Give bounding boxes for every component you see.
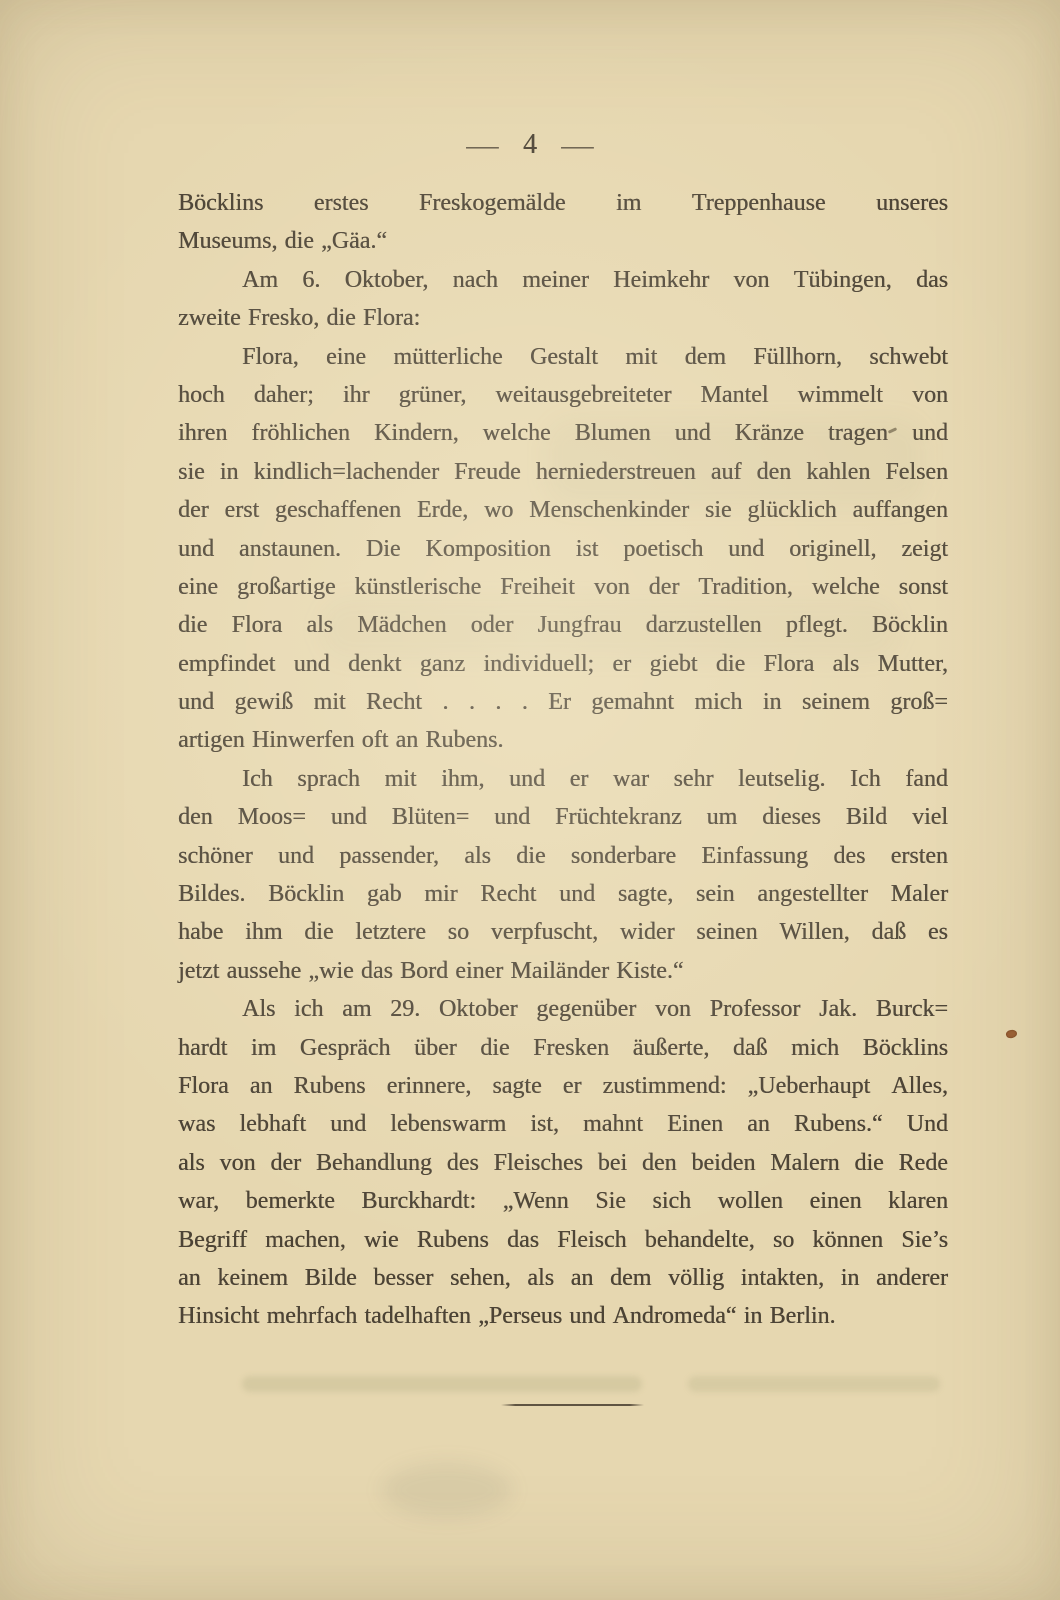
word: welche bbox=[483, 414, 551, 452]
header-dash-left: — bbox=[466, 130, 498, 161]
word: Flora bbox=[763, 645, 814, 683]
word: die bbox=[854, 1144, 883, 1182]
word: wimmelt bbox=[798, 376, 883, 414]
word: Rubens bbox=[294, 1067, 366, 1105]
word: Moos= bbox=[238, 798, 306, 836]
word: als bbox=[527, 1259, 554, 1297]
word: anstaunen. bbox=[239, 530, 341, 568]
word: die bbox=[480, 1029, 509, 1067]
word: Professor bbox=[710, 990, 801, 1028]
word: Flora, bbox=[242, 338, 299, 376]
word: so bbox=[773, 1221, 794, 1259]
word: und bbox=[912, 414, 948, 452]
word: denkt bbox=[348, 645, 401, 683]
word: ihren bbox=[178, 414, 227, 452]
word: von bbox=[912, 376, 948, 414]
word: und bbox=[294, 645, 330, 683]
word: Erde, bbox=[417, 491, 468, 529]
word: über bbox=[414, 1029, 457, 1067]
word: welche bbox=[812, 568, 880, 606]
word: erinnere, bbox=[387, 1067, 472, 1105]
word: Alles, bbox=[891, 1067, 948, 1105]
word: großartige bbox=[237, 568, 336, 606]
word: besser bbox=[373, 1259, 433, 1297]
word: keinem bbox=[217, 1259, 288, 1297]
word: daß bbox=[871, 913, 906, 951]
word: künstlerische bbox=[355, 568, 482, 606]
text-line-7: ihrenfröhlichenKindern,welcheBlumenundKr… bbox=[178, 414, 948, 452]
word: sonst bbox=[899, 568, 948, 606]
word: zweite bbox=[178, 299, 241, 337]
word: leutselig. bbox=[738, 760, 825, 798]
word: Sie’s bbox=[901, 1221, 948, 1259]
text-line-16: Ichsprachmitihm,underwarsehrleutselig.Ic… bbox=[178, 760, 948, 798]
word: als bbox=[464, 837, 491, 875]
word: glücklich bbox=[747, 491, 836, 529]
word: Fresken bbox=[533, 1029, 609, 1067]
word: „Ueberhaupt bbox=[748, 1067, 871, 1105]
word: und bbox=[728, 530, 764, 568]
word: Kränze bbox=[735, 414, 804, 452]
text-line-17: denMoos=undBlüten=undFrüchtekranzumdiese… bbox=[178, 798, 948, 836]
word: an bbox=[396, 721, 419, 759]
word: er bbox=[570, 760, 589, 798]
word: sonderbare bbox=[571, 837, 676, 875]
text-line-28: Begriffmachen,wieRubensdasFleischbehande… bbox=[178, 1221, 948, 1259]
word: Bilde bbox=[305, 1259, 357, 1297]
show-through-smudge bbox=[242, 1376, 642, 1392]
word: beiden bbox=[691, 1144, 755, 1182]
text-line-11: einegroßartigekünstlerischeFreiheitvonde… bbox=[178, 568, 948, 606]
word: 29. bbox=[390, 990, 420, 1028]
word: Rede bbox=[899, 1144, 948, 1182]
word: seinem bbox=[802, 683, 870, 721]
word: geschaffenen bbox=[275, 491, 401, 529]
word: dem bbox=[685, 338, 726, 376]
word: was bbox=[178, 1105, 215, 1143]
word: der bbox=[649, 568, 680, 606]
word: es bbox=[928, 913, 948, 951]
text-line-21: jetztaussehe„wiedasBordeinerMailänderKis… bbox=[178, 952, 948, 990]
text-line-29: ankeinemBildebessersehen,alsandemvölligi… bbox=[178, 1259, 948, 1297]
word: der bbox=[178, 491, 209, 529]
text-line-27: war,bemerkteBurckhardt:„WennSiesichwolle… bbox=[178, 1182, 948, 1220]
word: die bbox=[178, 606, 207, 644]
word: und bbox=[494, 798, 530, 836]
word: als bbox=[833, 645, 860, 683]
word: des bbox=[447, 1144, 479, 1182]
word: Gespräch bbox=[300, 1029, 391, 1067]
word: mehrfach bbox=[267, 1297, 358, 1335]
word: „Gäa.“ bbox=[321, 222, 387, 260]
word: im bbox=[251, 1029, 276, 1067]
word: sehen, bbox=[450, 1259, 511, 1297]
word: darzustellen bbox=[646, 606, 762, 644]
word: mit bbox=[314, 683, 346, 721]
word: . bbox=[495, 683, 501, 721]
word: das bbox=[361, 952, 393, 990]
word: dem bbox=[610, 1259, 651, 1297]
word: Hinwerfen bbox=[252, 721, 355, 759]
word: und bbox=[278, 837, 314, 875]
word: verpfuscht, bbox=[491, 913, 598, 951]
word: . bbox=[522, 683, 528, 721]
text-line-9: dererstgeschaffenenErde,woMenschenkinder… bbox=[178, 491, 948, 529]
word: empfindet bbox=[178, 645, 275, 683]
word: gewiß bbox=[234, 683, 293, 721]
word: als bbox=[306, 606, 333, 644]
word: mich bbox=[694, 683, 742, 721]
word: Recht bbox=[366, 683, 422, 721]
word: des bbox=[833, 837, 865, 875]
word: in bbox=[841, 1259, 860, 1297]
word: Böcklins bbox=[863, 1029, 948, 1067]
word: an bbox=[571, 1259, 594, 1297]
word: „Wenn bbox=[503, 1182, 569, 1220]
word: von bbox=[220, 1144, 256, 1182]
word: Sie bbox=[595, 1182, 626, 1220]
word: lebenswarm bbox=[390, 1105, 506, 1143]
word: schöner bbox=[178, 837, 253, 875]
paper-speck bbox=[1005, 1029, 1018, 1039]
word: einer bbox=[455, 952, 503, 990]
text-line-24: FloraanRubenserinnere,sagteerzustimmend:… bbox=[178, 1067, 948, 1105]
word: Begriff bbox=[178, 1221, 247, 1259]
word: Früchtekranz bbox=[555, 798, 682, 836]
word: herniederstreuen bbox=[536, 453, 696, 491]
word: Mailänder bbox=[510, 952, 609, 990]
word: Oktober, bbox=[345, 261, 429, 299]
word: Museums, bbox=[178, 222, 277, 260]
text-line-3: Am6.Oktober,nachmeinerHeimkehrvonTübinge… bbox=[178, 261, 948, 299]
word: so bbox=[448, 913, 469, 951]
word: das bbox=[507, 1221, 539, 1259]
word: gegenüber bbox=[536, 990, 636, 1028]
word: können bbox=[812, 1221, 883, 1259]
text-line-23: hardtimGesprächüberdieFreskenäußerte,daß… bbox=[178, 1029, 948, 1067]
word: Bildes. bbox=[178, 875, 245, 913]
word: ihm bbox=[245, 913, 282, 951]
word: Freskogemälde bbox=[419, 184, 566, 222]
word: tragen bbox=[828, 414, 888, 452]
word: . bbox=[442, 683, 448, 721]
word: sein bbox=[696, 875, 735, 913]
word: ihm, bbox=[441, 760, 484, 798]
word: äußerte, bbox=[633, 1029, 710, 1067]
word: Ich bbox=[850, 760, 881, 798]
word: sie bbox=[705, 491, 732, 529]
word: sie bbox=[178, 453, 205, 491]
word: Mädchen bbox=[357, 606, 446, 644]
word: und bbox=[178, 683, 214, 721]
word: gemahnt bbox=[591, 683, 674, 721]
word: an bbox=[250, 1067, 273, 1105]
word: die bbox=[285, 222, 314, 260]
word: mit bbox=[384, 760, 416, 798]
word: angestellter bbox=[757, 875, 868, 913]
text-line-8: sieinkindlich=lachenderFreudeherniederst… bbox=[178, 453, 948, 491]
word: am bbox=[342, 990, 371, 1028]
word: Mutter, bbox=[878, 645, 948, 683]
word: sagte bbox=[492, 1067, 541, 1105]
word: Mantel bbox=[700, 376, 768, 414]
word: passender, bbox=[339, 837, 439, 875]
word: poetisch bbox=[623, 530, 703, 568]
word: unseres bbox=[876, 184, 948, 222]
word: um bbox=[707, 798, 738, 836]
word: dieses bbox=[762, 798, 821, 836]
text-line-20: habeihmdieletzteresoverpfuscht,widersein… bbox=[178, 913, 948, 951]
section-separator-rule bbox=[501, 1404, 644, 1406]
word: mit bbox=[625, 338, 657, 376]
word: ich bbox=[294, 990, 323, 1028]
word: artigen bbox=[178, 721, 245, 759]
word: auf bbox=[711, 453, 742, 491]
word: Und bbox=[907, 1105, 948, 1143]
word: hoch bbox=[178, 376, 225, 414]
word: eine bbox=[326, 338, 366, 376]
word: anderer bbox=[876, 1259, 948, 1297]
word: von bbox=[733, 261, 769, 299]
word: von bbox=[655, 990, 691, 1028]
text-line-1: BöcklinserstesFreskogemäldeimTreppenhaus… bbox=[178, 184, 948, 222]
word: originell, bbox=[789, 530, 876, 568]
word: Tradition, bbox=[698, 568, 792, 606]
word: die bbox=[304, 913, 333, 951]
word: Jak. bbox=[819, 990, 857, 1028]
book-page: — 4 — BöcklinserstesFreskogemäldeimTrepp… bbox=[0, 0, 1060, 1600]
word: daß bbox=[733, 1029, 768, 1067]
word: Die bbox=[366, 530, 401, 568]
word: fröhlichen bbox=[251, 414, 350, 452]
word: von bbox=[594, 568, 630, 606]
word: Malern bbox=[770, 1144, 839, 1182]
word: gab bbox=[367, 875, 402, 913]
word: Als bbox=[242, 990, 275, 1028]
word: individuell; bbox=[483, 645, 594, 683]
word: tadelhaften bbox=[364, 1297, 471, 1335]
word: wollen bbox=[718, 1182, 783, 1220]
paper-smudge bbox=[382, 1462, 512, 1518]
word: Burck= bbox=[876, 990, 948, 1028]
text-line-13: empfindetunddenktganzindividuell;ergiebt… bbox=[178, 645, 948, 683]
word: oder bbox=[471, 606, 514, 644]
word: Recht bbox=[480, 875, 536, 913]
word: meiner bbox=[522, 261, 589, 299]
word: pflegt. bbox=[786, 606, 848, 644]
word: mir bbox=[424, 875, 457, 913]
word: im bbox=[616, 184, 641, 222]
word: sprach bbox=[297, 760, 360, 798]
word: Blumen bbox=[575, 414, 651, 452]
word: Treppenhause bbox=[692, 184, 826, 222]
word: Freiheit bbox=[500, 568, 575, 606]
word: Felsen bbox=[885, 453, 948, 491]
word: er bbox=[563, 1067, 582, 1105]
word: Burckhardt: bbox=[361, 1182, 476, 1220]
word: Einfassung bbox=[701, 837, 808, 875]
word: Blüten= bbox=[392, 798, 470, 836]
word: Kiste.“ bbox=[616, 952, 683, 990]
word: Willen, bbox=[779, 913, 849, 951]
word: Böcklins bbox=[178, 184, 263, 222]
word: Maler bbox=[891, 875, 948, 913]
word: Flora: bbox=[363, 299, 420, 337]
word: ist, bbox=[530, 1105, 559, 1143]
word: Gestalt bbox=[530, 338, 598, 376]
word: Behandlung bbox=[316, 1144, 432, 1182]
word: die bbox=[326, 299, 355, 337]
word: behandelte, bbox=[645, 1221, 755, 1259]
word: 6. bbox=[302, 261, 320, 299]
word: Oktober bbox=[439, 990, 518, 1028]
word: und bbox=[178, 530, 214, 568]
text-line-12: dieFloraalsMädchenoderJungfraudarzustell… bbox=[178, 606, 948, 644]
word: wider bbox=[620, 913, 675, 951]
text-line-2: Museums,die„Gäa.“ bbox=[178, 222, 948, 260]
word: an bbox=[747, 1105, 770, 1143]
word: und bbox=[331, 798, 367, 836]
word: den bbox=[178, 798, 213, 836]
text-line-15: artigenHinwerfenoftanRubens. bbox=[178, 721, 948, 759]
word: einen bbox=[810, 1182, 862, 1220]
word: mahnt bbox=[583, 1105, 643, 1143]
word: war, bbox=[178, 1182, 219, 1220]
word: Er bbox=[548, 683, 571, 721]
body-text-block: BöcklinserstesFreskogemäldeimTreppenhaus… bbox=[178, 184, 948, 1336]
word: Menschenkinder bbox=[529, 491, 689, 529]
page-number-header: — 4 — bbox=[0, 124, 1060, 166]
text-line-18: schönerundpassender,alsdiesonderbareEinf… bbox=[178, 837, 948, 875]
word: nach bbox=[453, 261, 498, 299]
word: Fleisches bbox=[494, 1144, 583, 1182]
word: eine bbox=[178, 568, 218, 606]
word: ist bbox=[576, 530, 599, 568]
word: an bbox=[178, 1259, 201, 1297]
text-line-30: Hinsichtmehrfachtadelhaften„PerseusundAn… bbox=[178, 1297, 948, 1335]
word: sehr bbox=[673, 760, 713, 798]
word: wo bbox=[484, 491, 513, 529]
word: Bord bbox=[400, 952, 448, 990]
word: und bbox=[509, 760, 545, 798]
word: in bbox=[763, 683, 782, 721]
header-dash-right: — bbox=[561, 130, 593, 161]
word: . bbox=[469, 683, 475, 721]
word: Böcklin bbox=[268, 875, 344, 913]
word: letztere bbox=[355, 913, 426, 951]
word: mütterliche bbox=[393, 338, 502, 376]
word: kahlen bbox=[806, 453, 870, 491]
word: bemerkte bbox=[246, 1182, 335, 1220]
word: Einen bbox=[667, 1105, 723, 1143]
word: und bbox=[559, 875, 595, 913]
word: Kindern, bbox=[374, 414, 459, 452]
word: ersten bbox=[891, 837, 948, 875]
word: „Perseus bbox=[478, 1297, 562, 1335]
word: in bbox=[220, 453, 239, 491]
word: machen, bbox=[265, 1221, 346, 1259]
word: den bbox=[757, 453, 792, 491]
word: erst bbox=[224, 491, 259, 529]
word: lebhaft bbox=[239, 1105, 306, 1143]
text-line-19: Bildes.BöcklingabmirRechtundsagte,seinan… bbox=[178, 875, 948, 913]
word: Rubens. bbox=[425, 721, 503, 759]
word: viel bbox=[912, 798, 948, 836]
word: auffangen bbox=[852, 491, 948, 529]
word: ihr bbox=[343, 376, 370, 414]
page-number: 4 bbox=[523, 129, 537, 161]
word: und bbox=[569, 1297, 605, 1335]
word: völlig bbox=[668, 1259, 724, 1297]
word: weitausgebreiteter bbox=[495, 376, 671, 414]
word: er bbox=[612, 645, 631, 683]
word: Am bbox=[242, 261, 278, 299]
word: Bild bbox=[846, 798, 887, 836]
word: Flora bbox=[178, 1067, 229, 1105]
word: Fresko, bbox=[248, 299, 319, 337]
text-line-22: Alsicham29.OktobergegenübervonProfessorJ… bbox=[178, 990, 948, 1028]
word: Rubens bbox=[417, 1221, 489, 1259]
word: das bbox=[916, 261, 948, 299]
text-line-10: undanstaunen.DieKompositionistpoetischun… bbox=[178, 530, 948, 568]
text-line-26: alsvonderBehandlungdesFleischesbeidenbei… bbox=[178, 1144, 948, 1182]
word: Andromeda“ bbox=[612, 1297, 736, 1335]
word: Tübingen, bbox=[794, 261, 892, 299]
word: war bbox=[613, 760, 649, 798]
word: sich bbox=[652, 1182, 691, 1220]
word: und bbox=[675, 414, 711, 452]
word: habe bbox=[178, 913, 223, 951]
word: groß= bbox=[890, 683, 948, 721]
word: Fleisch bbox=[557, 1221, 626, 1259]
word: der bbox=[270, 1144, 301, 1182]
word: fand bbox=[905, 760, 948, 798]
word: kindlich=lachender bbox=[254, 453, 439, 491]
word: sagte, bbox=[618, 875, 673, 913]
word: klaren bbox=[888, 1182, 948, 1220]
word: aussehe bbox=[227, 952, 302, 990]
word: Komposition bbox=[425, 530, 550, 568]
text-line-14: undgewißmitRecht....Ergemahntmichinseine… bbox=[178, 683, 948, 721]
word: Freude bbox=[454, 453, 521, 491]
word: die bbox=[516, 837, 545, 875]
text-line-6: hochdaher;ihrgrüner,weitausgebreiteterMa… bbox=[178, 376, 948, 414]
word: Flora bbox=[232, 606, 283, 644]
word: hardt bbox=[178, 1029, 227, 1067]
word: bei bbox=[598, 1144, 627, 1182]
word: erstes bbox=[314, 184, 369, 222]
text-line-4: zweiteFresko,dieFlora: bbox=[178, 299, 948, 337]
word: zustimmend: bbox=[602, 1067, 726, 1105]
word: giebt bbox=[649, 645, 697, 683]
word: Jungfrau bbox=[537, 606, 621, 644]
word: als bbox=[178, 1144, 205, 1182]
word: Rubens.“ bbox=[794, 1105, 883, 1143]
word: schwebt bbox=[869, 338, 948, 376]
word: jetzt bbox=[178, 952, 219, 990]
word: in bbox=[744, 1297, 763, 1335]
word: wie bbox=[364, 1221, 399, 1259]
word: grüner, bbox=[399, 376, 467, 414]
word: mich bbox=[791, 1029, 839, 1067]
word: die bbox=[716, 645, 745, 683]
word: „wie bbox=[308, 952, 353, 990]
word: daher; bbox=[254, 376, 314, 414]
word: Böcklin bbox=[872, 606, 948, 644]
word: den bbox=[642, 1144, 677, 1182]
word: Hinsicht bbox=[178, 1297, 259, 1335]
word: zeigt bbox=[901, 530, 948, 568]
